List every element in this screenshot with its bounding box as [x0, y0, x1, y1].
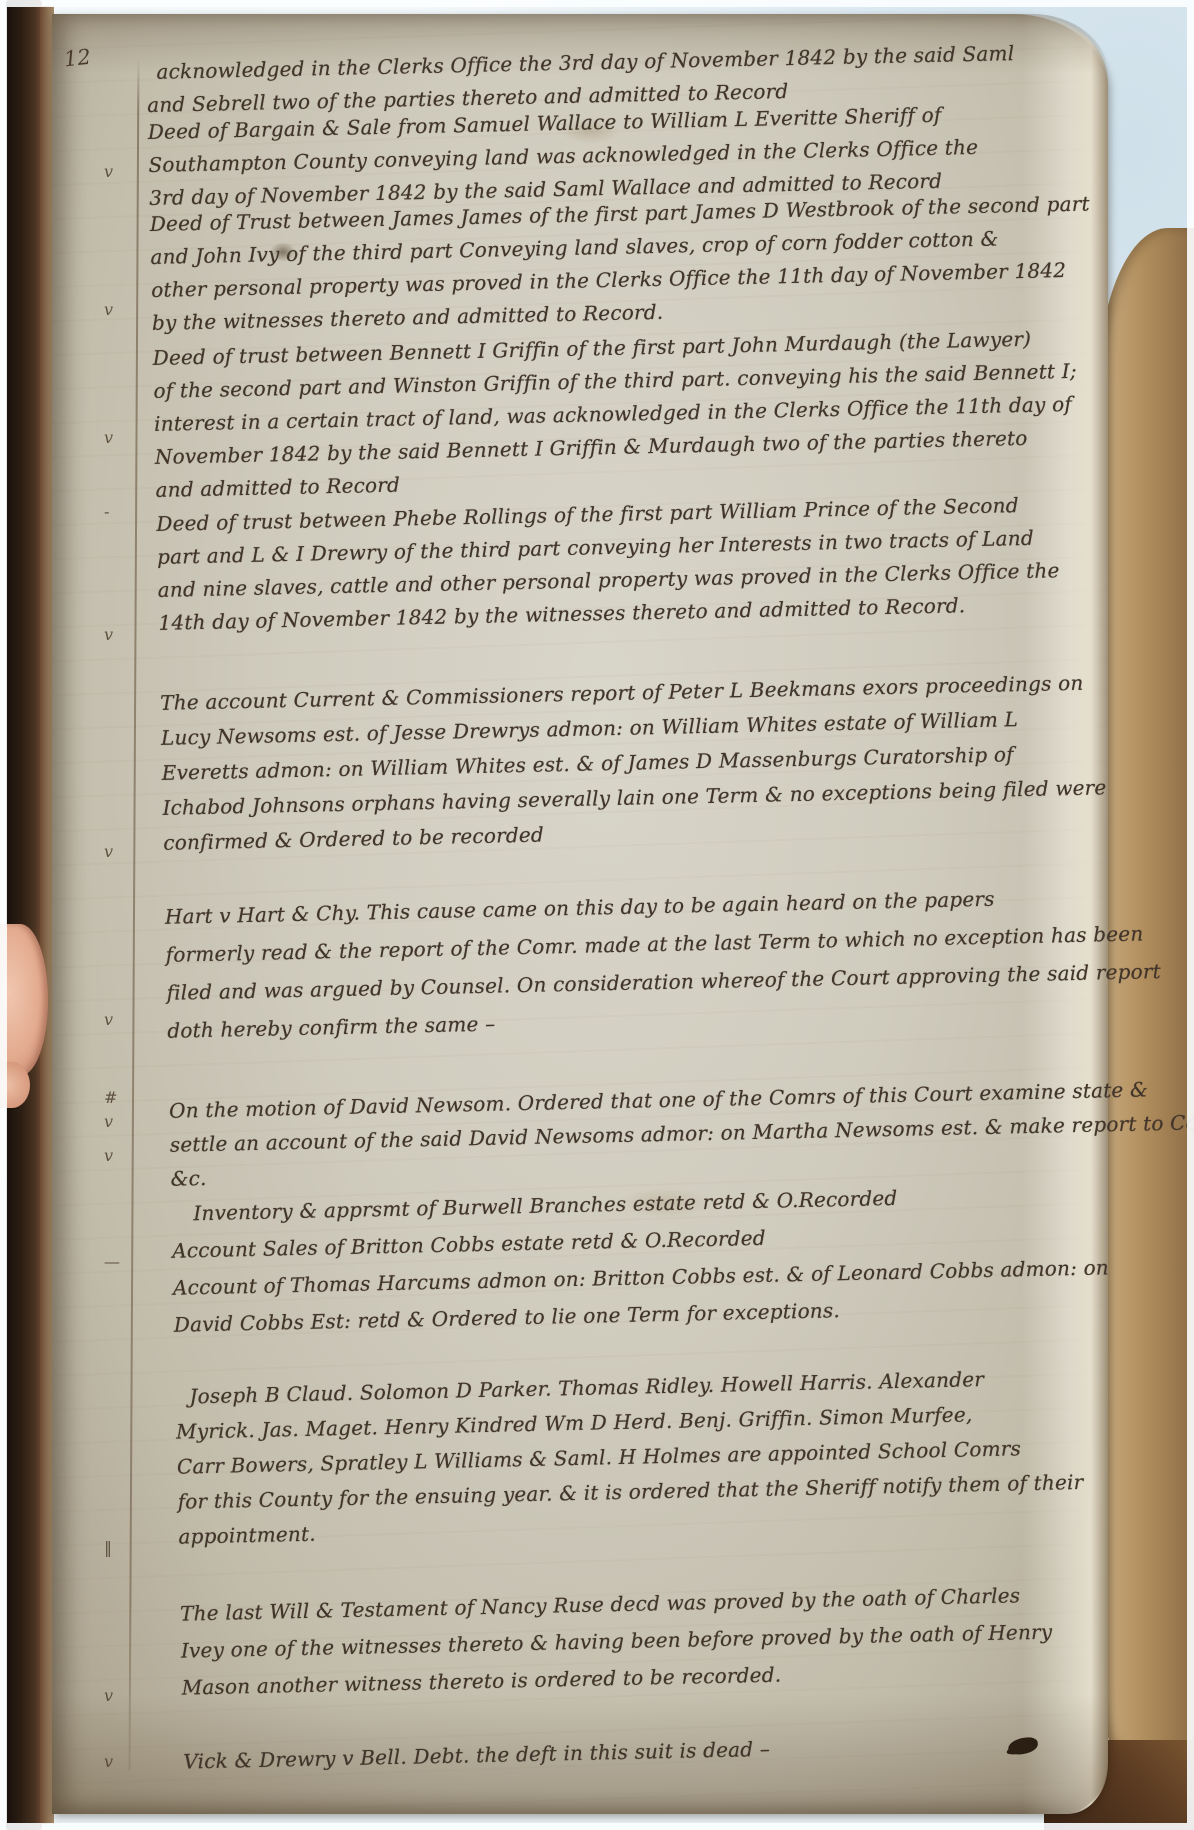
margin-tick-mark: v [104, 1112, 113, 1131]
page-number: 12 [63, 45, 92, 72]
manuscript-entry: Joseph B Claud. Solomon D Parker. Thomas… [175, 1358, 1179, 1555]
margin-tick-mark: v [104, 1146, 113, 1165]
margin-tick-mark: — [104, 1252, 120, 1271]
margin-tick-mark: v [104, 162, 113, 181]
manuscript-entry: Vick & Drewry v Bell. Debt. the deft in … [183, 1724, 1183, 1779]
margin-tick-mark: v [104, 842, 113, 861]
margin-tick-mark: v [104, 1752, 113, 1771]
manuscript-entry: Hart v Hart & Chy. This cause came on th… [164, 876, 1167, 1050]
manuscript-entry: The account Current & Commissioners repo… [160, 664, 1164, 861]
margin-tick-mark: - [104, 502, 109, 521]
manuscript-entry: Deed of trust between Bennett I Griffin … [152, 320, 1155, 507]
margin-tick-mark: # [104, 1088, 117, 1107]
margin-tick-mark: ‖ [104, 1538, 112, 1557]
manuscript-entry: Inventory & apprsmt of Burwell Branches … [171, 1174, 1174, 1344]
margin-tick-mark: v [104, 625, 113, 644]
margin-marks: vvv-vvv#vv—‖vv [104, 0, 130, 1830]
margin-tick-mark: v [104, 428, 113, 447]
manuscript-text: acknowledged in the Clerks Office the 3r… [146, 28, 1184, 1809]
margin-tick-mark: v [104, 1686, 113, 1705]
manuscript-entry: The last Will & Testament of Nancy Ruse … [180, 1574, 1182, 1707]
manuscript-entry: Deed of trust between Phebe Rollings of … [156, 486, 1159, 640]
margin-tick-mark: v [104, 300, 113, 319]
handwritten-line: Vick & Drewry v Bell. Debt. the deft in … [183, 1724, 1183, 1779]
manuscript-entry: Deed of Trust between James James of the… [149, 186, 1152, 340]
margin-tick-mark: v [104, 1010, 113, 1029]
book-spine [6, 0, 42, 1830]
